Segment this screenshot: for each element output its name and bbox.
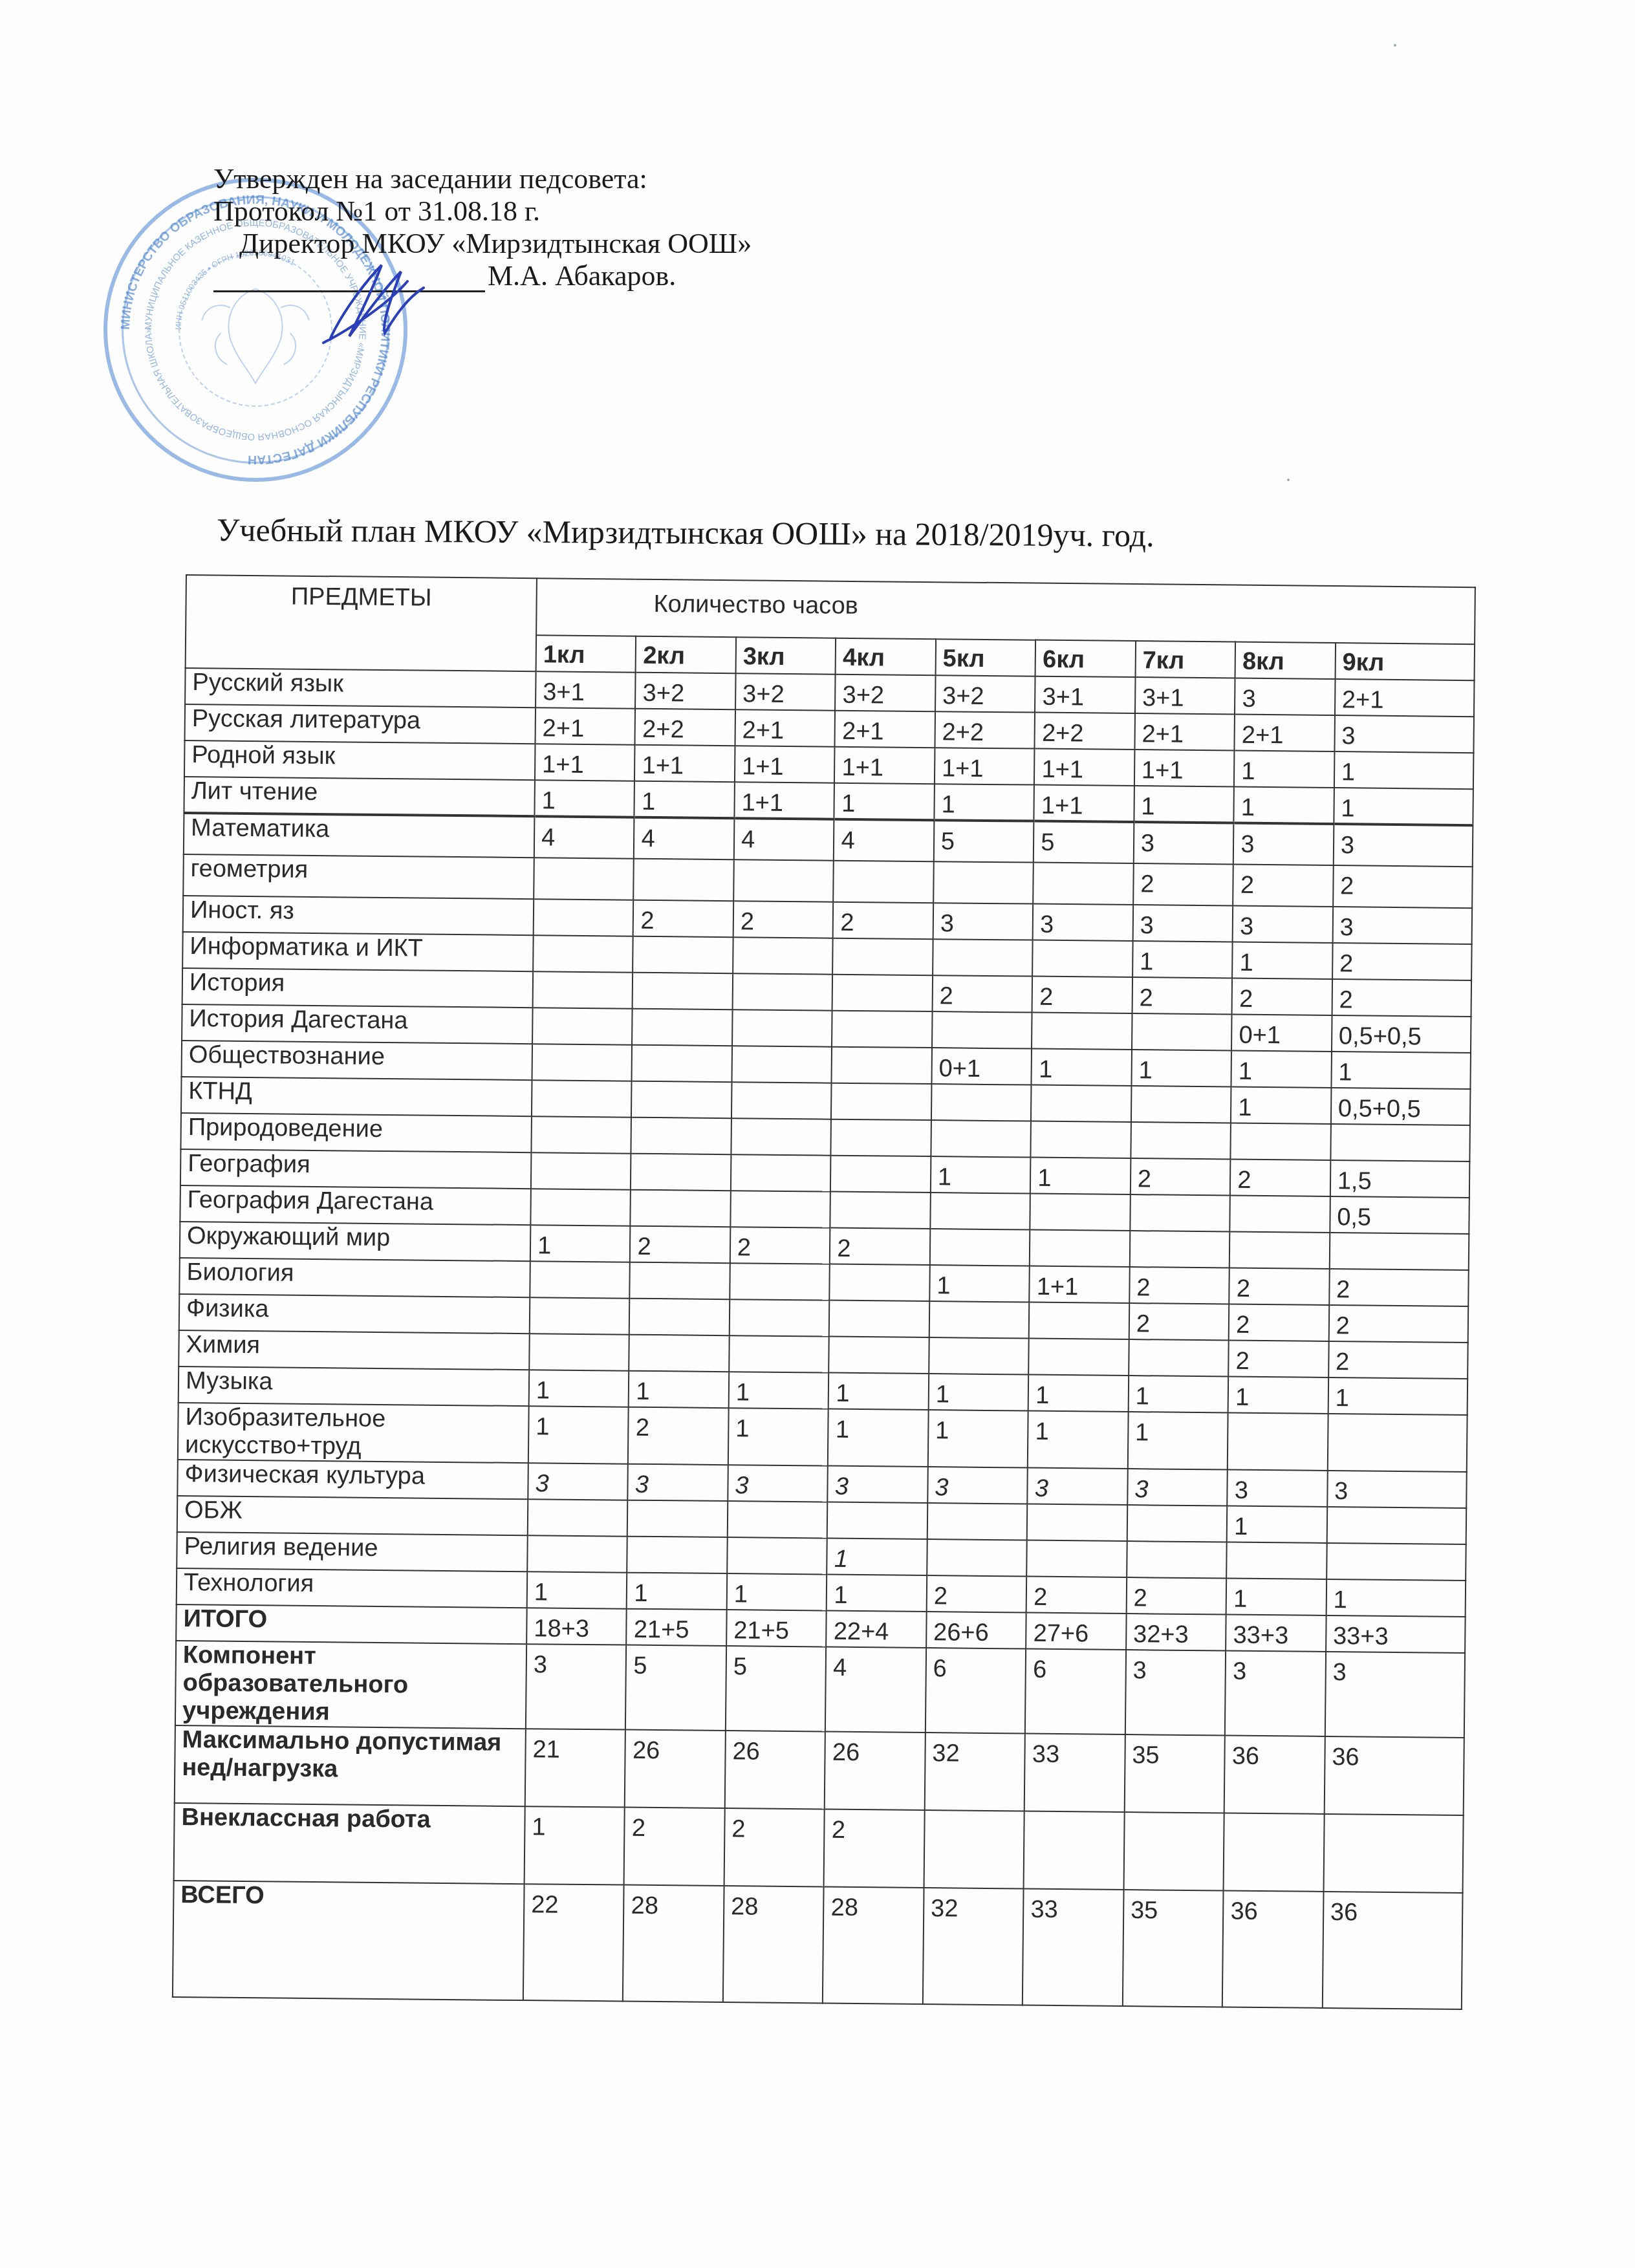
hours-cell: 2	[1032, 977, 1132, 1013]
hours-cell: 1	[629, 1371, 729, 1408]
summary-row: Внеклассная работа1222	[174, 1803, 1464, 1893]
subject-name: Музыка	[179, 1366, 530, 1406]
hours-cell: 3	[1233, 906, 1333, 943]
hours-cell: 1	[834, 783, 935, 820]
hours-cell: 2	[830, 1228, 930, 1265]
hours-cell	[1330, 1124, 1470, 1161]
hours-cell: 3	[628, 1464, 728, 1501]
summary-cell	[1323, 1814, 1463, 1893]
hours-cell	[1031, 1085, 1131, 1122]
hours-cell	[534, 899, 634, 936]
grade-header: 3кл	[736, 637, 836, 674]
hours-cell: 2	[1328, 1305, 1468, 1343]
hours-cell: 1	[727, 1573, 827, 1610]
approval-signer: М.А. Абакаров.	[488, 260, 676, 292]
summary-cell: 28	[823, 1887, 924, 2004]
hours-cell	[532, 1008, 633, 1044]
hours-cell: 1,5	[1330, 1160, 1470, 1198]
hours-cell: 2	[1329, 1269, 1469, 1306]
hours-cell	[727, 1537, 827, 1574]
hours-cell: 1	[827, 1539, 927, 1575]
hours-cell: 1	[1231, 1087, 1331, 1124]
subject-name: Окружающий мир	[180, 1222, 531, 1261]
summary-cell: 28	[623, 1885, 724, 2002]
hours-cell: 3	[1134, 822, 1234, 864]
summary-cell: 21+5	[627, 1609, 727, 1646]
document-page: МИНИСТЕРСТВО ОБРАЗОВАНИЯ, НАУКИ И МОЛОДЕ…	[0, 0, 1635, 2268]
hours-cell: 3	[1127, 1469, 1228, 1506]
hours-cell: 3	[828, 1466, 928, 1503]
subject-name: КТНД	[181, 1077, 532, 1116]
hours-cell: 1	[828, 1409, 928, 1467]
summary-cell: 35	[1125, 1734, 1226, 1813]
hours-cell: 3	[1332, 907, 1472, 944]
subject-name: География Дагестана	[180, 1185, 531, 1225]
subject-name: Обществознание	[182, 1041, 533, 1080]
hours-cell: 3	[1327, 1471, 1467, 1508]
hours-cell: 3+1	[536, 671, 636, 708]
hours-cell: 3	[1334, 824, 1473, 867]
summary-cell: 2	[624, 1808, 725, 1886]
grade-header: 4кл	[836, 638, 936, 675]
hours-cell: 1	[1131, 1050, 1231, 1086]
hours-cell: 1	[527, 1571, 627, 1608]
summary-label: Максимально допустимая нед/нагрузка	[175, 1725, 526, 1806]
summary-cell: 26+6	[926, 1612, 1026, 1648]
hours-cell: 1	[828, 1373, 929, 1410]
hours-cell: 3	[1334, 715, 1474, 753]
subject-name: ОБЖ	[177, 1496, 528, 1535]
hours-cell	[533, 935, 633, 972]
hours-cell	[831, 1083, 931, 1120]
summary-cell: 5	[625, 1645, 726, 1731]
hours-cell: 3+2	[636, 673, 736, 709]
hours-cell: 1	[529, 1370, 629, 1407]
hours-cell	[529, 1334, 629, 1370]
hours-cell	[527, 1535, 627, 1572]
hours-cell: 0+1	[1231, 1015, 1332, 1052]
hours-cell	[633, 936, 733, 973]
hours-cell	[933, 939, 1033, 976]
hours-cell: 1	[729, 1372, 829, 1409]
hours-cell: 3	[528, 1463, 628, 1500]
hours-cell	[1231, 1123, 1331, 1160]
hours-cell: 1	[934, 784, 1034, 821]
hours-cell: 3+2	[935, 675, 1035, 712]
grade-header: 5кл	[935, 639, 1035, 676]
summary-cell: 36	[1222, 1890, 1323, 2007]
hours-cell	[1230, 1196, 1330, 1233]
hours-header: Количество часов	[536, 578, 1475, 644]
hours-cell: 4	[634, 817, 734, 859]
subject-name: Природоведение	[180, 1113, 532, 1152]
hours-cell	[1032, 940, 1132, 977]
hours-cell: 1	[1234, 751, 1334, 788]
curriculum-table: ПРЕДМЕТЫ Количество часов 1кл2кл3кл4кл5к…	[172, 574, 1476, 2010]
hours-cell: 5	[1034, 821, 1134, 863]
subject-name: История	[182, 968, 534, 1008]
hours-cell: 3+1	[1135, 677, 1235, 714]
subjects-header: ПРЕДМЕТЫ	[186, 575, 537, 671]
hours-cell	[730, 1263, 830, 1300]
hours-cell: 5	[934, 820, 1034, 862]
hours-cell	[627, 1537, 728, 1573]
summary-cell: 33+3	[1326, 1615, 1466, 1653]
subject-name: Изобразительное искусство+труд	[178, 1403, 529, 1463]
hours-cell: 2	[833, 902, 933, 939]
summary-row: ВСЕГО222828283233353636	[173, 1881, 1463, 2009]
hours-cell: 2	[1132, 977, 1232, 1014]
hours-cell: 1+1	[935, 748, 1035, 784]
hours-cell: 2	[1233, 865, 1333, 907]
scan-speck	[1394, 44, 1396, 47]
hours-cell: 1	[1132, 941, 1233, 978]
hours-cell	[534, 858, 634, 900]
hours-cell: 3	[728, 1465, 828, 1502]
hours-cell	[1029, 1302, 1129, 1339]
hours-cell	[832, 1011, 932, 1048]
subject-name: Лит чтение	[184, 777, 535, 816]
summary-cell: 32	[923, 1888, 1024, 2005]
hours-cell	[630, 1262, 730, 1299]
approval-signature-row: М.А. Абакаров.	[213, 260, 752, 292]
hours-cell	[1130, 1194, 1230, 1231]
hours-cell	[827, 1502, 927, 1539]
summary-cell: 3	[1125, 1650, 1226, 1735]
hours-cell	[731, 1046, 832, 1083]
hours-cell: 2	[1129, 1303, 1229, 1340]
hours-cell	[833, 938, 933, 975]
hours-cell	[927, 1503, 1028, 1540]
hours-cell	[633, 973, 733, 1010]
summary-label: Внеклассная работа	[174, 1803, 525, 1884]
hours-cell	[530, 1297, 630, 1334]
hours-cell	[829, 1337, 929, 1374]
hours-cell: 1+1	[735, 746, 835, 783]
hours-cell	[528, 1499, 628, 1536]
hours-cell: 2	[1126, 1577, 1226, 1614]
summary-cell	[1024, 1811, 1125, 1890]
hours-cell	[1034, 863, 1134, 905]
hours-cell	[1130, 1231, 1230, 1268]
hours-cell	[631, 1190, 731, 1227]
hours-cell	[532, 1080, 632, 1117]
hours-cell: 3	[1233, 823, 1334, 865]
summary-cell: 3	[526, 1644, 627, 1729]
hours-cell	[730, 1299, 830, 1336]
hours-cell: 2+1	[1235, 715, 1335, 751]
grade-header: 9кл	[1335, 643, 1475, 680]
hours-cell	[931, 1084, 1032, 1121]
hours-cell	[1229, 1232, 1330, 1269]
summary-cell: 36	[1224, 1736, 1325, 1814]
hours-cell	[531, 1116, 631, 1153]
hours-cell: 1	[1232, 942, 1332, 979]
hours-cell	[530, 1261, 630, 1298]
handwritten-signature	[310, 259, 459, 349]
hours-cell	[1127, 1541, 1227, 1578]
hours-cell: 1	[928, 1410, 1028, 1467]
hours-cell: 2	[1328, 1341, 1468, 1379]
hours-cell: 1	[929, 1265, 1030, 1302]
hours-cell	[729, 1335, 829, 1372]
hours-cell	[832, 1047, 932, 1084]
summary-row: Компонент образовательного учреждения355…	[175, 1641, 1465, 1738]
hours-cell	[728, 1501, 828, 1538]
hours-cell: 1	[1231, 1051, 1332, 1088]
hours-cell	[933, 861, 1034, 903]
hours-cell: 3	[1028, 1468, 1128, 1505]
summary-cell	[924, 1810, 1024, 1888]
hours-cell: 1	[1028, 1375, 1129, 1412]
hours-cell: 1+1	[1034, 785, 1134, 822]
hours-cell	[731, 1154, 831, 1191]
summary-cell: 3	[1325, 1652, 1465, 1738]
hours-cell	[733, 973, 833, 1010]
summary-cell	[1224, 1813, 1325, 1892]
summary-cell	[1123, 1812, 1224, 1890]
grade-header: 2кл	[636, 636, 736, 673]
hours-cell: 3	[927, 1467, 1028, 1504]
hours-cell	[1032, 1013, 1132, 1050]
hours-cell: 1+1	[634, 745, 735, 782]
summary-cell: 28	[723, 1886, 824, 2003]
hours-cell: 2	[1230, 1160, 1330, 1196]
hours-cell: 2	[630, 1226, 730, 1263]
scan-speck	[1287, 479, 1290, 481]
hours-cell	[1027, 1540, 1127, 1577]
hours-cell: 1+1	[1134, 750, 1235, 786]
hours-cell: 0,5+0,5	[1331, 1088, 1471, 1125]
hours-cell	[834, 861, 934, 903]
hours-cell: 4	[834, 819, 934, 861]
subject-name: Информатика и ИКТ	[182, 932, 534, 971]
hours-cell: 2	[1332, 979, 1471, 1017]
hours-cell: 4	[734, 818, 834, 860]
hours-cell: 2	[633, 900, 733, 937]
hours-cell	[634, 859, 734, 901]
hours-cell: 3+2	[835, 675, 935, 711]
summary-cell: 6	[926, 1648, 1026, 1733]
hours-cell: 1	[1226, 1579, 1326, 1615]
hours-cell: 2	[628, 1407, 728, 1465]
hours-cell	[932, 1011, 1032, 1048]
approval-director: Директор МКОУ «Мирзидтынская ООШ»	[213, 228, 752, 260]
hours-cell: 1	[1028, 1411, 1128, 1469]
summary-cell: 5	[726, 1646, 827, 1731]
hours-cell: 2+2	[935, 711, 1035, 748]
hours-cell: 2+1	[536, 707, 636, 744]
grade-header: 7кл	[1135, 641, 1235, 678]
hours-cell: 1	[1334, 788, 1473, 825]
subject-name: Технология	[177, 1568, 528, 1608]
hours-cell: 3+2	[735, 673, 836, 710]
hours-cell: 3+1	[1035, 676, 1135, 713]
hours-cell: 1+1	[834, 747, 935, 784]
hours-cell	[1131, 1122, 1231, 1159]
summary-cell: 36	[1324, 1736, 1464, 1815]
hours-cell	[1328, 1414, 1467, 1472]
summary-cell: 26	[725, 1731, 826, 1809]
hours-cell: 1	[1227, 1506, 1327, 1543]
hours-cell	[531, 1152, 631, 1189]
hours-cell	[1330, 1233, 1469, 1270]
hours-cell	[830, 1192, 931, 1229]
summary-cell: 32	[925, 1733, 1026, 1811]
grade-header: 8кл	[1235, 642, 1336, 679]
hours-cell	[830, 1264, 930, 1301]
hours-cell	[927, 1539, 1027, 1576]
hours-cell	[533, 971, 633, 1008]
hours-cell	[831, 1119, 931, 1156]
hours-cell: 1	[1331, 1052, 1471, 1089]
hours-cell	[1029, 1339, 1129, 1376]
hours-cell: 2	[733, 901, 834, 938]
summary-label: ВСЕГО	[173, 1881, 525, 2000]
summary-cell: 22+4	[827, 1611, 927, 1648]
subject-name: Биология	[179, 1258, 530, 1297]
subject-name: Физическая культура	[177, 1460, 528, 1499]
subject-name: Русская литература	[185, 704, 536, 744]
summary-cell: 18+3	[526, 1608, 627, 1645]
hours-cell: 1	[1128, 1412, 1228, 1469]
summary-cell: 33	[1024, 1734, 1125, 1812]
summary-cell: 26	[625, 1730, 726, 1808]
hours-cell: 1	[931, 1156, 1031, 1193]
hours-cell: 1	[1328, 1377, 1467, 1415]
hours-cell: 1	[1228, 1377, 1328, 1414]
hours-cell: 2+2	[635, 709, 735, 746]
hours-cell: 1+1	[734, 782, 834, 819]
summary-cell: 35	[1123, 1890, 1224, 2007]
summary-cell: 27+6	[1026, 1613, 1126, 1650]
hours-cell: 1	[728, 1408, 828, 1465]
hours-cell: 2	[927, 1575, 1027, 1612]
hours-cell: 0+1	[931, 1048, 1032, 1085]
hours-cell: 2	[1229, 1304, 1329, 1341]
hours-cell	[931, 1120, 1031, 1157]
hours-cell: 2	[1232, 978, 1332, 1015]
summary-cell: 33+3	[1226, 1615, 1326, 1652]
hours-cell	[1129, 1339, 1229, 1376]
hours-cell	[732, 1010, 832, 1046]
hours-cell: 1	[1326, 1579, 1466, 1617]
hours-cell: 1	[530, 1225, 631, 1262]
hours-cell	[1031, 1121, 1131, 1158]
summary-row: Максимально допустимая нед/нагрузка21262…	[175, 1725, 1464, 1815]
hours-cell: 2	[1332, 943, 1472, 980]
hours-cell	[633, 1009, 733, 1046]
hours-cell: 0,5	[1330, 1196, 1469, 1234]
summary-cell: 22	[523, 1884, 624, 2001]
hours-cell	[929, 1337, 1029, 1374]
hours-cell: 2	[932, 975, 1032, 1012]
summary-label: ИТОГО	[176, 1604, 527, 1644]
subject-name: География	[180, 1149, 532, 1189]
hours-cell	[830, 1156, 931, 1193]
subject-name: История Дагестана	[182, 1004, 533, 1044]
hours-cell: 1	[1234, 787, 1334, 824]
hours-cell	[731, 1082, 832, 1119]
hours-cell: 1	[827, 1575, 927, 1612]
approval-line-1: Утвержден на заседании педсовета:	[213, 163, 752, 195]
hours-cell: 1+1	[1030, 1266, 1130, 1303]
hours-cell	[731, 1118, 831, 1155]
hours-cell: 4	[534, 816, 634, 858]
summary-cell: 32+3	[1126, 1614, 1226, 1650]
subject-name: Религия ведение	[177, 1532, 528, 1571]
hours-cell: 2	[1228, 1341, 1328, 1377]
hours-cell: 1	[534, 780, 634, 817]
hours-cell: 2+2	[1035, 713, 1135, 750]
hours-cell	[1131, 1086, 1231, 1123]
hours-cell: 3	[933, 903, 1034, 940]
hours-cell	[1030, 1230, 1130, 1267]
summary-cell: 21	[525, 1729, 626, 1807]
hours-cell: 1	[528, 1406, 629, 1463]
hours-cell: 2	[1133, 863, 1233, 905]
hours-cell: 3	[1132, 905, 1233, 942]
summary-label: Компонент образовательного учреждения	[175, 1641, 526, 1729]
hours-cell	[733, 937, 833, 974]
hours-cell: 1	[1334, 751, 1474, 789]
hours-cell: 2	[1229, 1268, 1330, 1305]
hours-cell: 1	[634, 781, 735, 818]
hours-cell	[1132, 1013, 1232, 1050]
subject-name: Математика	[184, 813, 535, 858]
hours-cell	[532, 1044, 633, 1081]
hours-cell: 1	[1128, 1376, 1228, 1412]
hours-cell: 2+1	[1134, 713, 1235, 750]
hours-cell: 2+1	[735, 709, 835, 746]
hours-cell: 2+1	[835, 711, 935, 748]
hours-cell	[1027, 1504, 1127, 1541]
hours-cell	[730, 1191, 830, 1227]
document-title: Учебный план МКОУ «Мирзидтынская ООШ» на…	[217, 511, 1154, 554]
summary-cell: 6	[1025, 1649, 1126, 1734]
hours-cell	[530, 1189, 631, 1226]
subject-name: Русский язык	[185, 668, 536, 707]
hours-cell: 1	[1030, 1158, 1131, 1194]
hours-cell: 1	[627, 1573, 727, 1610]
hours-cell: 2	[1026, 1577, 1127, 1614]
hours-cell: 2	[1131, 1158, 1231, 1195]
hours-cell: 2	[1333, 865, 1473, 908]
summary-cell: 2	[824, 1809, 925, 1888]
hours-cell	[1226, 1542, 1326, 1579]
hours-cell	[629, 1335, 730, 1372]
hours-cell	[930, 1229, 1030, 1266]
hours-cell: 1+1	[535, 744, 635, 781]
hours-cell	[632, 1045, 732, 1082]
summary-cell: 21+5	[726, 1610, 827, 1647]
hours-cell	[629, 1299, 730, 1335]
hours-cell	[631, 1081, 731, 1118]
subject-name: геометрия	[183, 854, 534, 899]
summary-cell: 36	[1323, 1892, 1463, 2009]
subject-name: Иност. яз	[183, 896, 534, 935]
hours-cell	[631, 1118, 731, 1154]
hours-cell: 1	[929, 1374, 1029, 1410]
hours-cell: 3	[1228, 1470, 1328, 1507]
summary-cell: 33	[1023, 1889, 1123, 2006]
hours-cell	[627, 1500, 728, 1537]
approval-line-2: Протокол №1 от 31.08.18 г.	[213, 195, 752, 228]
hours-cell: 1	[1134, 786, 1234, 823]
hours-cell: 1+1	[1034, 749, 1134, 786]
hours-cell: 2	[730, 1227, 830, 1264]
approval-block: Утвержден на заседании педсовета: Проток…	[213, 163, 752, 292]
